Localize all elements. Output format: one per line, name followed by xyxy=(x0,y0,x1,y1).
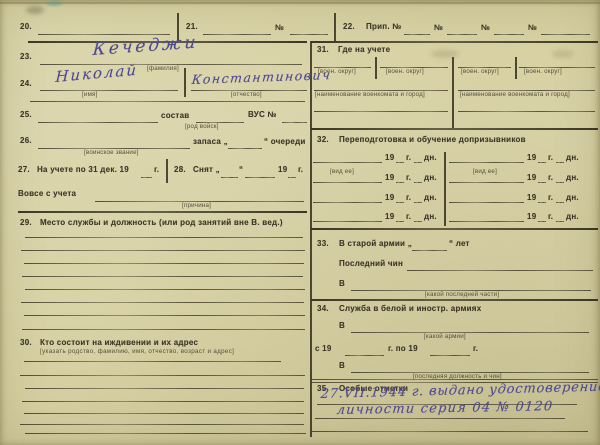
top-rule-right xyxy=(311,41,598,43)
training-line xyxy=(313,221,382,222)
note-line xyxy=(312,431,588,432)
field-30-number: 30. xyxy=(20,339,32,347)
field-34-number: 34. xyxy=(317,305,329,313)
field-22-label: Прип. № xyxy=(366,23,402,31)
writing-line xyxy=(24,413,304,414)
field-33-number: 33. xyxy=(317,240,329,248)
training-line xyxy=(556,182,564,183)
field-31-number: 31. xyxy=(317,46,329,54)
training-line xyxy=(396,221,404,222)
field-27-year-line xyxy=(141,177,152,178)
training-dn: дн. xyxy=(566,174,579,182)
writing-line xyxy=(22,329,305,330)
field-21-number: 21. xyxy=(186,23,198,31)
field-29-label: Место службы и должность (или род заняти… xyxy=(40,219,283,227)
field-34-label: Служба в белой и иностр. армиях xyxy=(339,305,481,313)
training-year: 19 xyxy=(527,174,536,182)
field-22-no-sign: № xyxy=(434,24,443,32)
training-line xyxy=(313,162,382,163)
writing-line xyxy=(24,361,281,362)
training-dn: дн. xyxy=(566,213,579,221)
okrug-sublabel: [воен. округ] xyxy=(386,69,424,75)
field-34-to-line xyxy=(430,355,470,356)
section-rule xyxy=(311,299,598,301)
field-25-blank-line xyxy=(38,122,158,123)
field-30-label: Кто состоит на иждивении и их адрес xyxy=(40,339,198,347)
field-26-number: 26. xyxy=(20,137,32,145)
writing-line xyxy=(25,388,304,389)
field-34-v2-label: В xyxy=(339,362,345,370)
training-year: 19 xyxy=(527,194,536,202)
main-column-divider xyxy=(310,41,312,437)
training-dn: дн. xyxy=(424,154,437,162)
voenkomat-sublabel: [наименование военкомата и город] xyxy=(315,92,425,98)
field-30-sublabel: [указать родство, фамилию, имя, отчество… xyxy=(40,349,234,355)
training-line xyxy=(538,162,546,163)
field-24-name-sublabel: [имя] xyxy=(82,92,98,98)
field-32-number: 32. xyxy=(317,136,329,144)
training-line xyxy=(449,221,524,222)
field-28-year-line xyxy=(288,177,296,178)
training-year: 19 xyxy=(385,213,394,221)
training-line xyxy=(396,202,404,203)
writing-line xyxy=(22,401,304,402)
training-line xyxy=(414,182,422,183)
training-line xyxy=(538,182,546,183)
field-25-sublabel: [род войск] xyxy=(185,124,219,130)
writing-line xyxy=(24,263,304,264)
training-g: г. xyxy=(406,213,411,221)
writing-line xyxy=(24,315,305,316)
training-line xyxy=(396,162,404,163)
training-g: г. xyxy=(548,174,553,182)
training-g: г. xyxy=(406,194,411,202)
training-line xyxy=(556,221,564,222)
field-32-mid-divider xyxy=(444,152,446,226)
training-line xyxy=(556,162,564,163)
training-year: 19 xyxy=(527,213,536,221)
training-line xyxy=(538,221,546,222)
voenkomat-line xyxy=(314,111,448,112)
field-33-sublabel: [какой последней части] xyxy=(425,292,499,298)
field-27-year-suffix: г. xyxy=(154,166,159,174)
training-year: 19 xyxy=(385,194,394,202)
training-dn: дн. xyxy=(424,194,437,202)
training-g: г. xyxy=(548,154,553,162)
field-23-number: 23. xyxy=(20,53,32,61)
training-dn: дн. xyxy=(566,194,579,202)
field-33-let-label: “ лет xyxy=(449,240,470,248)
field-22-number: 22. xyxy=(343,23,355,31)
field-34-g-label: г. xyxy=(473,345,478,353)
section-rule xyxy=(30,101,305,102)
training-year: 19 xyxy=(385,154,394,162)
training-g: г. xyxy=(548,194,553,202)
field-29-number: 29. xyxy=(20,219,32,227)
training-dn: дн. xyxy=(424,174,437,182)
field-34-to-label: г. по 19 xyxy=(388,345,418,353)
training-g: г. xyxy=(548,213,553,221)
field-21-no-sign: № xyxy=(275,24,284,32)
removed-from-register-label: Вовсе с учета xyxy=(18,190,76,198)
training-line xyxy=(414,202,422,203)
okrug-sublabel: [воен. округ] xyxy=(524,69,562,75)
field-33-chin-line xyxy=(407,270,593,271)
training-line xyxy=(313,182,382,183)
training-dn: дн. xyxy=(566,154,579,162)
field-25-vus-label: ВУС № xyxy=(248,111,277,119)
writing-line xyxy=(20,375,305,376)
teal-stain xyxy=(46,1,62,6)
field-25-sostav-label: состав xyxy=(161,112,189,120)
field-24-number: 24. xyxy=(20,80,32,88)
field-25-number: 25. xyxy=(20,111,32,119)
okrug-sublabel: [воен. округ] xyxy=(461,69,499,75)
field-28-quote: “ xyxy=(239,166,243,174)
training-line xyxy=(313,202,382,203)
scan-edge-line xyxy=(0,2,600,4)
training-line xyxy=(396,182,404,183)
paper-stain xyxy=(552,50,574,58)
field-32-label: Переподготовка и обучение допризывников xyxy=(339,136,526,144)
divider-21-22 xyxy=(334,13,336,41)
field-20-number: 20. xyxy=(20,23,32,31)
training-line xyxy=(556,202,564,203)
voenkomat-line xyxy=(458,111,595,112)
field-22-blank-line xyxy=(447,34,477,35)
field-28-label: Снят „ xyxy=(193,166,220,174)
field-34-v-label: В xyxy=(339,322,345,330)
field-33-v-label: В xyxy=(339,280,345,288)
note-line xyxy=(315,418,565,419)
writing-line xyxy=(25,237,303,238)
voenkomat-sublabel: [наименование военкомата и город] xyxy=(460,92,570,98)
field-26-zapas-label: запаса „ xyxy=(193,138,228,146)
field-26-ocheredi-label: “ очереди xyxy=(264,138,306,146)
registration-card-back: 20. 21. № 22. Прип. № № № № 23. Кечеджи … xyxy=(0,0,600,445)
field-22-blank-line xyxy=(494,34,524,35)
divider-27-28 xyxy=(166,159,168,183)
writing-line xyxy=(25,289,305,290)
field-23-sublabel: [фамилия] xyxy=(147,66,179,72)
writing-line xyxy=(21,302,304,303)
field-22-no-sign: № xyxy=(481,24,490,32)
field-21-blank-line xyxy=(203,34,271,35)
training-line xyxy=(449,162,524,163)
writing-line xyxy=(20,424,304,425)
field-22-no-sign: № xyxy=(528,24,537,32)
field-33-chin-label: Последний чин xyxy=(339,260,403,268)
field-28-year-suffix: г. xyxy=(298,166,303,174)
training-sublabel: [вид ее] xyxy=(330,169,354,175)
field-25-blank-line xyxy=(282,122,307,123)
field-26-blank-line xyxy=(228,148,262,149)
surname-handwritten: Кечеджи xyxy=(92,32,199,60)
training-year: 19 xyxy=(527,154,536,162)
training-line xyxy=(449,202,524,203)
field-26-sublabel: [воинское звание] xyxy=(84,150,139,156)
okrug-sublabel: [воен. округ] xyxy=(318,69,356,75)
training-g: г. xyxy=(406,154,411,162)
field-22-blank-line xyxy=(404,34,430,35)
field-31-label: Где на учете xyxy=(338,46,390,54)
special-note-line2-handwritten: личности серия 04 № 0120 xyxy=(336,399,554,418)
training-g: г. xyxy=(406,174,411,182)
field-28-day-line xyxy=(221,177,238,178)
field-34-from-label: с 19 xyxy=(315,345,332,353)
field-34-army-line xyxy=(351,332,589,333)
field-24-name-line xyxy=(40,90,178,91)
field-34-from-line xyxy=(345,355,384,356)
writing-line xyxy=(25,433,306,434)
training-dn: дн. xyxy=(424,213,437,221)
field-28-number: 28. xyxy=(174,166,186,174)
field-28-month-line xyxy=(245,177,275,178)
field-28-year-prefix: 19 xyxy=(278,166,287,174)
training-line xyxy=(414,162,422,163)
section-rule-thick xyxy=(311,228,598,230)
okrug-divider xyxy=(515,57,517,79)
divider-name-patronymic xyxy=(184,68,186,97)
training-line xyxy=(449,182,524,183)
ink-smudge xyxy=(26,6,44,14)
field-33-years-line xyxy=(412,250,447,251)
field-21-no-blank-line xyxy=(290,34,328,35)
training-year: 19 xyxy=(385,174,394,182)
writing-line xyxy=(22,276,303,277)
field-27-label: На учете по 31 дек. 19 xyxy=(37,166,129,174)
okrug-mid-divider xyxy=(452,57,454,128)
training-line xyxy=(414,221,422,222)
field-22-blank-line xyxy=(541,34,590,35)
field-34-army-sublabel: [какой армии] xyxy=(424,334,466,340)
training-line xyxy=(538,202,546,203)
okrug-divider xyxy=(375,57,377,79)
training-sublabel: [вид ее] xyxy=(473,169,497,175)
removed-reason-sublabel: [причина] xyxy=(182,203,211,209)
field-33-label: В старой армии „ xyxy=(339,240,412,248)
field-24-patronymic-sublabel: [отчество] xyxy=(231,92,262,98)
section-rule-thick xyxy=(311,128,598,130)
writing-line xyxy=(21,250,305,251)
field-27-number: 27. xyxy=(18,166,30,174)
section-rule-thick xyxy=(18,211,307,213)
paper-stain xyxy=(431,50,459,58)
